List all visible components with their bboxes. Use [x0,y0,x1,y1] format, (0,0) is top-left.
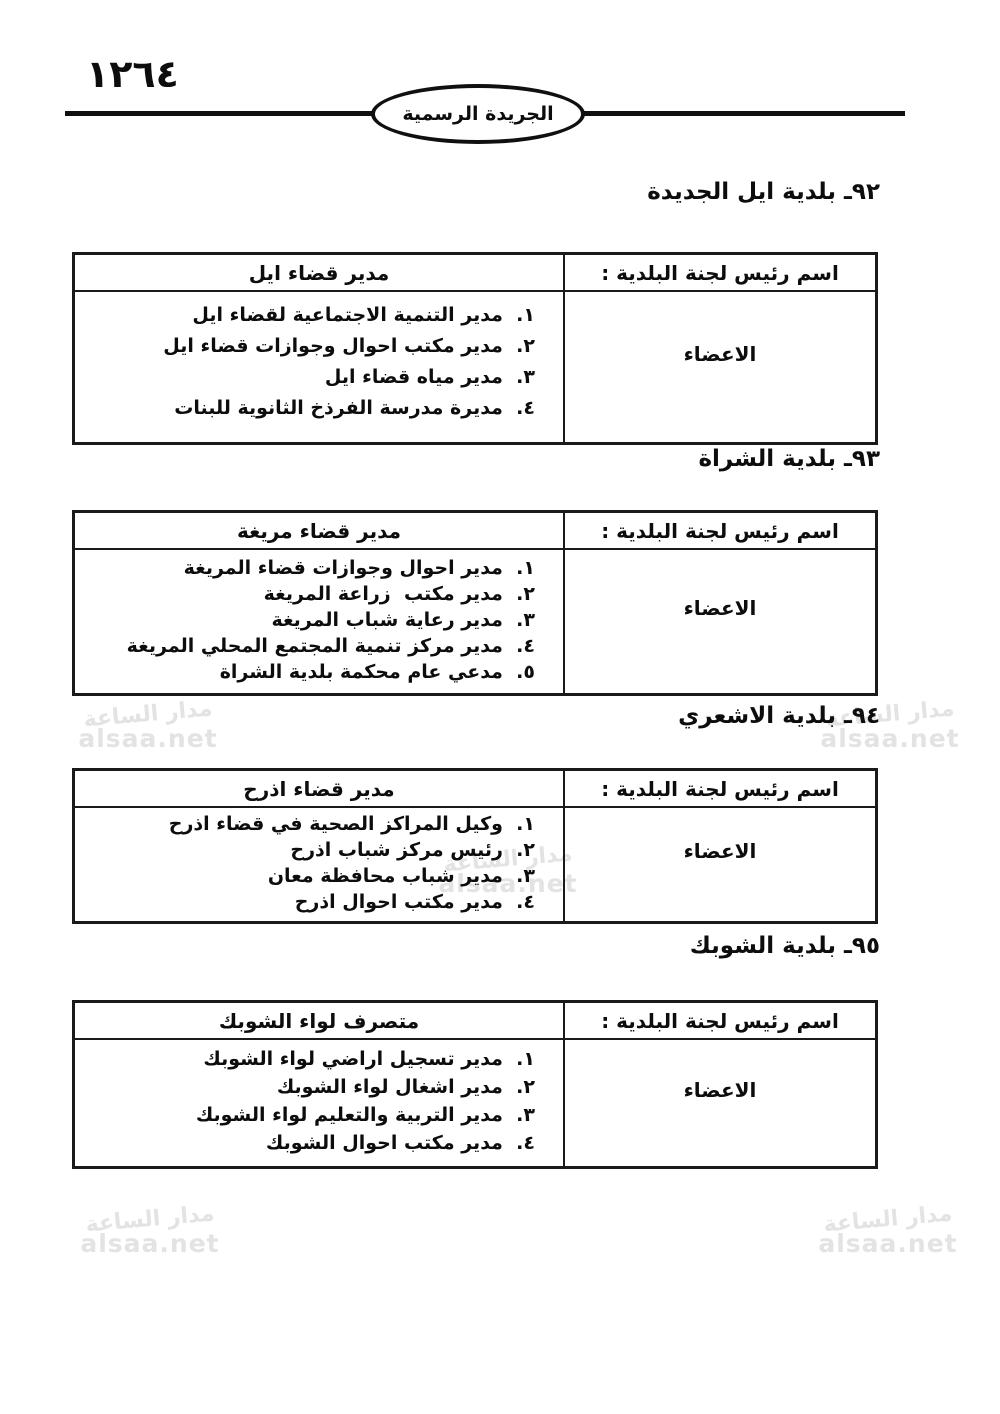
chairman-label-cell: اسم رئيس لجنة البلدية : [564,770,877,808]
page-number: ١٢٦٤ [86,52,179,96]
committee-table-93: اسم رئيس لجنة البلدية : مدير قضاء مريغة … [72,510,878,696]
table-row: الاعضاء ١. مدير تسجيل اراضي لواء الشوبك … [74,1039,877,1168]
chairman-label-cell: اسم رئيس لجنة البلدية : [564,512,877,550]
members-label-cell: الاعضاء [564,1039,877,1168]
member-item: ٤. مدير مكتب احوال اذرح [87,889,535,915]
member-item: ١. مدير التنمية الاجتماعية لقضاء ايل [87,300,535,331]
chairman-value-cell: متصرف لواء الشوبك [74,1002,565,1040]
member-item: ٢. مدير مكتب احوال وجوازات قضاء ايل [87,331,535,362]
committee-table-94: اسم رئيس لجنة البلدية : مدير قضاء اذرح ا… [72,768,878,924]
chairman-value-cell: مدير قضاء مريغة [74,512,565,550]
member-item: ١. مدير تسجيل اراضي لواء الشوبك [87,1045,535,1073]
table-row: الاعضاء ١. مدير احوال وجوازات قضاء المري… [74,549,877,695]
gazette-banner: الجريدة الرسمية [371,84,585,144]
members-list-cell: ١. وكيل المراكز الصحية في قضاء اذرح ٢. ر… [74,807,565,923]
members-label-cell: الاعضاء [564,549,877,695]
member-item: ٢. مدير مكتب زراعة المريغة [87,581,535,607]
watermark-site-text: alsaa.net [80,1231,220,1257]
watermark: مدار الساعة alsaa.net [80,1208,220,1257]
watermark-arabic-text: مدار الساعة [817,1202,958,1237]
committee-table-95: اسم رئيس لجنة البلدية : متصرف لواء الشوب… [72,1000,878,1169]
member-item: ٢. رئيس مركز شباب اذرح [87,837,535,863]
watermark-arabic-text: مدار الساعة [79,1202,220,1237]
section-title-95: ٩٥ـ بلدية الشوبك [690,930,880,962]
member-item: ١. وكيل المراكز الصحية في قضاء اذرح [87,811,535,837]
table-row: اسم رئيس لجنة البلدية : مدير قضاء مريغة [74,512,877,550]
table-row: الاعضاء ١. وكيل المراكز الصحية في قضاء ا… [74,807,877,923]
watermark: مدار الساعة alsaa.net [78,703,218,752]
watermark-arabic-text: مدار الساعة [77,697,218,732]
table-row: الاعضاء ١. مدير التنمية الاجتماعية لقضاء… [74,291,877,444]
section-title-92: ٩٢ـ بلدية ايل الجديدة [647,176,880,208]
members-list-cell: ١. مدير احوال وجوازات قضاء المريغة ٢. مد… [74,549,565,695]
watermark-site-text: alsaa.net [818,1231,958,1257]
chairman-value-cell: مدير قضاء اذرح [74,770,565,808]
member-item: ٤. مدير مكتب احوال الشوبك [87,1129,535,1157]
watermark: مدار الساعة alsaa.net [818,1208,958,1257]
table-row: اسم رئيس لجنة البلدية : متصرف لواء الشوب… [74,1002,877,1040]
table-row: اسم رئيس لجنة البلدية : مدير قضاء ايل [74,254,877,292]
section-title-94: ٩٤ـ بلدية الاشعري [678,700,880,732]
member-item: ٣. مدير رعاية شباب المريغة [87,607,535,633]
member-item: ٤. مدير مركز تنمية المجتمع المحلي المريغ… [87,633,535,659]
member-item: ٣. مدير مياه قضاء ايل [87,362,535,393]
chairman-value-cell: مدير قضاء ايل [74,254,565,292]
members-label-cell: الاعضاء [564,807,877,923]
gazette-page: مدار الساعة alsaa.net مدار الساعة alsaa.… [0,0,1000,1414]
member-item: ٣. مدير التربية والتعليم لواء الشوبك [87,1101,535,1129]
chairman-label-cell: اسم رئيس لجنة البلدية : [564,1002,877,1040]
member-item: ٥. مدعي عام محكمة بلدية الشراة [87,659,535,685]
committee-table-92: اسم رئيس لجنة البلدية : مدير قضاء ايل ال… [72,252,878,445]
table-row: اسم رئيس لجنة البلدية : مدير قضاء اذرح [74,770,877,808]
watermark-site-text: alsaa.net [78,726,218,752]
member-item: ٤. مديرة مدرسة الفرذخ الثانوية للبنات [87,393,535,424]
chairman-label-cell: اسم رئيس لجنة البلدية : [564,254,877,292]
member-item: ١. مدير احوال وجوازات قضاء المريغة [87,555,535,581]
members-list-cell: ١. مدير تسجيل اراضي لواء الشوبك ٢. مدير … [74,1039,565,1168]
members-list-cell: ١. مدير التنمية الاجتماعية لقضاء ايل ٢. … [74,291,565,444]
member-item: ٣. مدير شباب محافظة معان [87,863,535,889]
members-label-cell: الاعضاء [564,291,877,444]
section-title-93: ٩٣ـ بلدية الشراة [698,443,880,475]
member-item: ٢. مدير اشغال لواء الشوبك [87,1073,535,1101]
